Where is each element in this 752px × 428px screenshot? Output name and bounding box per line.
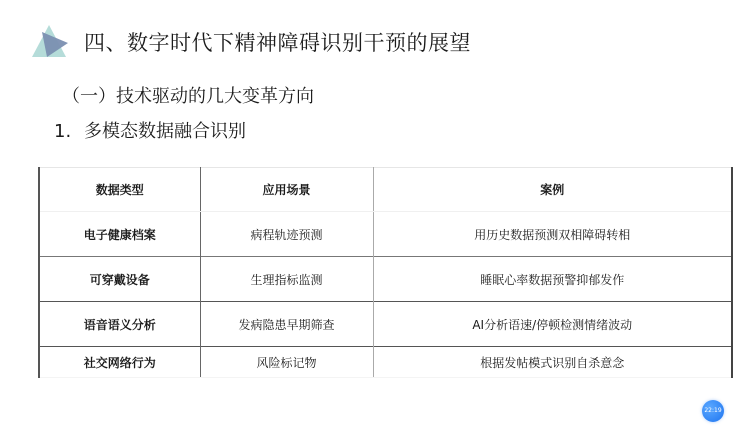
triangle-logo-icon bbox=[32, 25, 68, 57]
table-cell: 可穿戴设备 bbox=[39, 257, 200, 302]
table-cell: 病程轨迹预测 bbox=[200, 212, 373, 257]
table-cell: AI分析语速/停顿检测情绪波动 bbox=[373, 302, 732, 347]
table-cell: 电子健康档案 bbox=[39, 212, 200, 257]
table-row: 语音语义分析 发病隐患早期筛查 AI分析语速/停顿检测情绪波动 bbox=[39, 302, 732, 347]
table-cell: 发病隐患早期筛查 bbox=[200, 302, 373, 347]
header-cell: 案例 bbox=[373, 168, 732, 212]
table-cell: 语音语义分析 bbox=[39, 302, 200, 347]
header-cell: 数据类型 bbox=[39, 168, 200, 212]
section-subtitle: （一）技术驱动的几大变革方向 bbox=[62, 86, 314, 108]
point-label: 多模态数据融合识别 bbox=[84, 121, 246, 142]
header-cell: 应用场景 bbox=[200, 168, 373, 212]
table-cell: 生理指标监测 bbox=[200, 257, 373, 302]
point-heading: 1.多模态数据融合识别 bbox=[54, 121, 246, 143]
page-title: 四、数字时代下精神障碍识别干预的展望 bbox=[84, 30, 471, 56]
table-header-row: 数据类型 应用场景 案例 bbox=[39, 168, 732, 212]
clock-badge[interactable]: 22:19 bbox=[702, 400, 724, 422]
table-cell: 风险标记物 bbox=[200, 347, 373, 378]
table-row: 电子健康档案 病程轨迹预测 用历史数据预测双相障碍转相 bbox=[39, 212, 732, 257]
data-table: 数据类型 应用场景 案例 电子健康档案 病程轨迹预测 用历史数据预测双相障碍转相… bbox=[38, 167, 733, 378]
table-row: 可穿戴设备 生理指标监测 睡眠心率数据预警抑郁发作 bbox=[39, 257, 732, 302]
point-number: 1. bbox=[54, 121, 84, 143]
table-cell: 睡眠心率数据预警抑郁发作 bbox=[373, 257, 732, 302]
table-cell: 根据发帖模式识别自杀意念 bbox=[373, 347, 732, 378]
table-row: 社交网络行为 风险标记物 根据发帖模式识别自杀意念 bbox=[39, 347, 732, 378]
table-cell: 用历史数据预测双相障碍转相 bbox=[373, 212, 732, 257]
table-cell: 社交网络行为 bbox=[39, 347, 200, 378]
